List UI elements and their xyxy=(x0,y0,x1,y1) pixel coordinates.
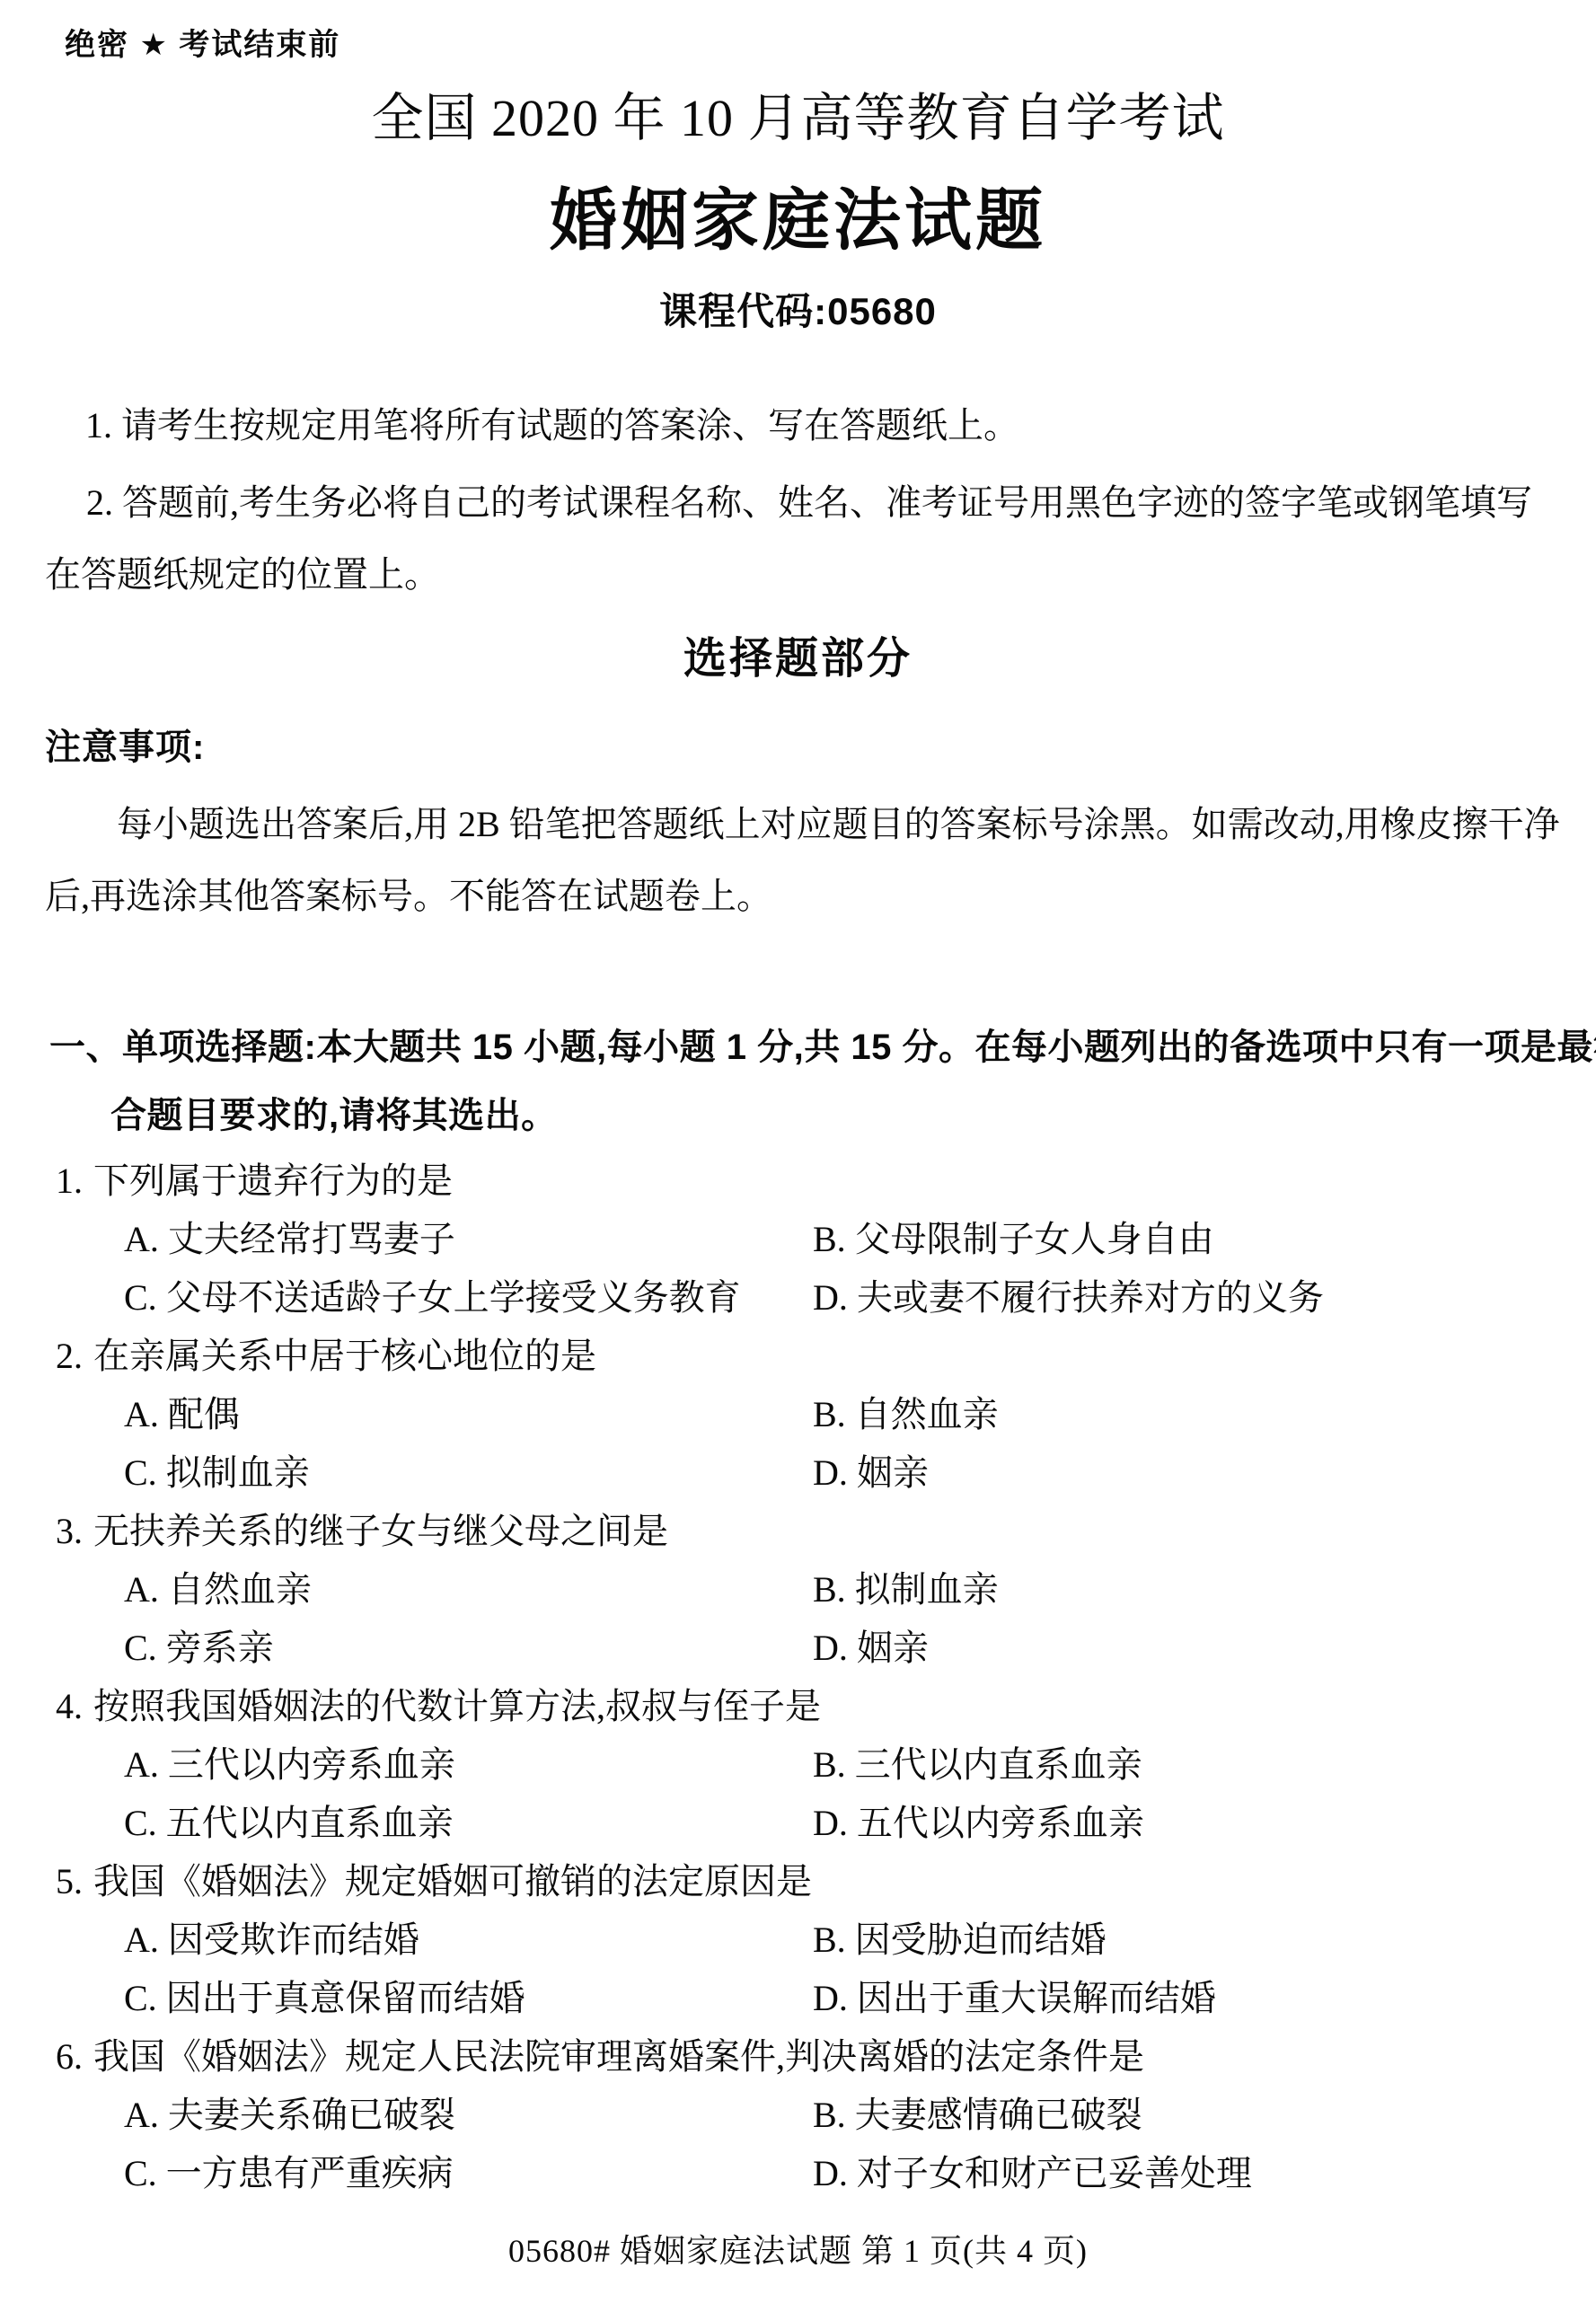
part-one-heading: 一、单项选择题:本大题共 15 小题,每小题 1 分,共 15 分。在每小题列出… xyxy=(49,1013,1596,1150)
question-stem: 2.在亲属关系中居于核心地位的是 xyxy=(56,1327,1596,1385)
question-4: 4.按照我国婚姻法的代数计算方法,叔叔与侄子是 A. 三代以内旁系血亲 B. 三… xyxy=(0,1677,1596,1852)
question-list: 1.下列属于遗弃行为的是 A. 丈夫经常打骂妻子 B. 父母限制子女人身自由 C… xyxy=(0,1151,1596,2202)
option-b: B. 夫妻感情确已破裂 xyxy=(813,2086,1596,2144)
option-a: A. 配偶 xyxy=(124,1385,813,1443)
question-5: 5.我国《婚姻法》规定婚姻可撤销的法定原因是 A. 因受欺诈而结婚 B. 因受胁… xyxy=(0,1852,1596,2027)
page-footer: 05680# 婚姻家庭法试题 第 1 页(共 4 页) xyxy=(0,2226,1596,2272)
question-options: A. 因受欺诈而结婚 B. 因受胁迫而结婚 C. 因出于真意保留而结婚 D. 因… xyxy=(124,1910,1596,2027)
question-text: 我国《婚姻法》规定婚姻可撤销的法定原因是 xyxy=(93,1861,812,1902)
question-options: A. 夫妻关系确已破裂 B. 夫妻感情确已破裂 C. 一方患有严重疾病 D. 对… xyxy=(124,2086,1596,2202)
question-stem: 3.无扶养关系的继子女与继父母之间是 xyxy=(56,1502,1596,1560)
question-stem: 1.下列属于遗弃行为的是 xyxy=(56,1151,1596,1210)
notice-body: 每小题选出答案后,用 2B 铅笔把答题纸上对应题目的答案标号涂黑。如需改动,用橡… xyxy=(45,789,1570,932)
question-text: 我国《婚姻法》规定人民法院审理离婚案件,判决离婚的法定条件是 xyxy=(93,2036,1144,2077)
option-d: D. 对子女和财产已妥善处理 xyxy=(813,2144,1596,2202)
question-text: 在亲属关系中居于核心地位的是 xyxy=(93,1336,596,1376)
question-stem: 4.按照我国婚姻法的代数计算方法,叔叔与侄子是 xyxy=(56,1677,1596,1735)
question-options: A. 丈夫经常打骂妻子 B. 父母限制子女人身自由 C. 父母不送适龄子女上学接… xyxy=(124,1210,1596,1327)
option-b: B. 因受胁迫而结婚 xyxy=(813,1910,1596,1969)
exam-subject-title: 婚姻家庭法试题 xyxy=(0,167,1596,263)
option-c: C. 一方患有严重疾病 xyxy=(124,2144,813,2202)
question-text: 下列属于遗弃行为的是 xyxy=(93,1160,453,1201)
option-c: C. 因出于真意保留而结婚 xyxy=(124,1969,813,2027)
question-number: 5. xyxy=(56,1861,83,1902)
section-title: 选择题部分 xyxy=(0,623,1596,685)
question-options: A. 自然血亲 B. 拟制血亲 C. 旁系亲 D. 姻亲 xyxy=(124,1560,1596,1677)
option-a: A. 自然血亲 xyxy=(124,1560,813,1619)
option-d: D. 因出于重大误解而结婚 xyxy=(813,1969,1596,2027)
question-number: 2. xyxy=(56,1336,83,1376)
option-b: B. 父母限制子女人身自由 xyxy=(813,1210,1596,1268)
exam-session-title: 全国 2020 年 10 月高等教育自学考试 xyxy=(0,75,1596,151)
option-d: D. 五代以内旁系血亲 xyxy=(813,1794,1596,1852)
option-a: A. 三代以内旁系血亲 xyxy=(124,1735,813,1794)
question-options: A. 配偶 B. 自然血亲 C. 拟制血亲 D. 姻亲 xyxy=(124,1385,1596,1502)
option-a: A. 丈夫经常打骂妻子 xyxy=(124,1210,813,1268)
option-c: C. 拟制血亲 xyxy=(124,1443,813,1502)
instruction-item-2: 2. 答题前,考生务必将自己的考试课程名称、姓名、准考证号用黑色字迹的签字笔或钢… xyxy=(45,467,1565,611)
option-a: A. 夫妻关系确已破裂 xyxy=(124,2086,813,2144)
option-b: B. 三代以内直系血亲 xyxy=(813,1735,1596,1794)
question-text: 无扶养关系的继子女与继父母之间是 xyxy=(93,1511,668,1551)
option-c: C. 旁系亲 xyxy=(124,1619,813,1677)
course-code: 课程代码:05680 xyxy=(0,282,1596,336)
question-options: A. 三代以内旁系血亲 B. 三代以内直系血亲 C. 五代以内直系血亲 D. 五… xyxy=(124,1735,1596,1852)
option-b: B. 拟制血亲 xyxy=(813,1560,1596,1619)
question-6: 6.我国《婚姻法》规定人民法院审理离婚案件,判决离婚的法定条件是 A. 夫妻关系… xyxy=(0,2027,1596,2202)
option-b: B. 自然血亲 xyxy=(813,1385,1596,1443)
option-c: C. 五代以内直系血亲 xyxy=(124,1794,813,1852)
secrecy-label: 绝密 ★ 考试结束前 xyxy=(65,20,340,64)
option-c: C. 父母不送适龄子女上学接受义务教育 xyxy=(124,1268,813,1327)
question-stem: 5.我国《婚姻法》规定婚姻可撤销的法定原因是 xyxy=(56,1852,1596,1910)
question-number: 4. xyxy=(56,1686,83,1726)
question-number: 6. xyxy=(56,2036,83,2077)
exam-page: 绝密 ★ 考试结束前 全国 2020 年 10 月高等教育自学考试 婚姻家庭法试… xyxy=(0,0,1596,2303)
question-stem: 6.我国《婚姻法》规定人民法院审理离婚案件,判决离婚的法定条件是 xyxy=(56,2027,1596,2086)
question-number: 3. xyxy=(56,1511,83,1551)
option-d: D. 夫或妻不履行扶养对方的义务 xyxy=(813,1268,1596,1327)
notice-title: 注意事项: xyxy=(45,719,205,770)
option-d: D. 姻亲 xyxy=(813,1443,1596,1502)
instruction-item-1: 1. 请考生按规定用笔将所有试题的答案涂、写在答题纸上。 xyxy=(85,401,1558,451)
question-3: 3.无扶养关系的继子女与继父母之间是 A. 自然血亲 B. 拟制血亲 C. 旁系… xyxy=(0,1502,1596,1677)
question-1: 1.下列属于遗弃行为的是 A. 丈夫经常打骂妻子 B. 父母限制子女人身自由 C… xyxy=(0,1151,1596,1327)
question-2: 2.在亲属关系中居于核心地位的是 A. 配偶 B. 自然血亲 C. 拟制血亲 D… xyxy=(0,1327,1596,1502)
option-d: D. 姻亲 xyxy=(813,1619,1596,1677)
question-number: 1. xyxy=(56,1160,83,1201)
question-text: 按照我国婚姻法的代数计算方法,叔叔与侄子是 xyxy=(93,1686,821,1726)
option-a: A. 因受欺诈而结婚 xyxy=(124,1910,813,1969)
